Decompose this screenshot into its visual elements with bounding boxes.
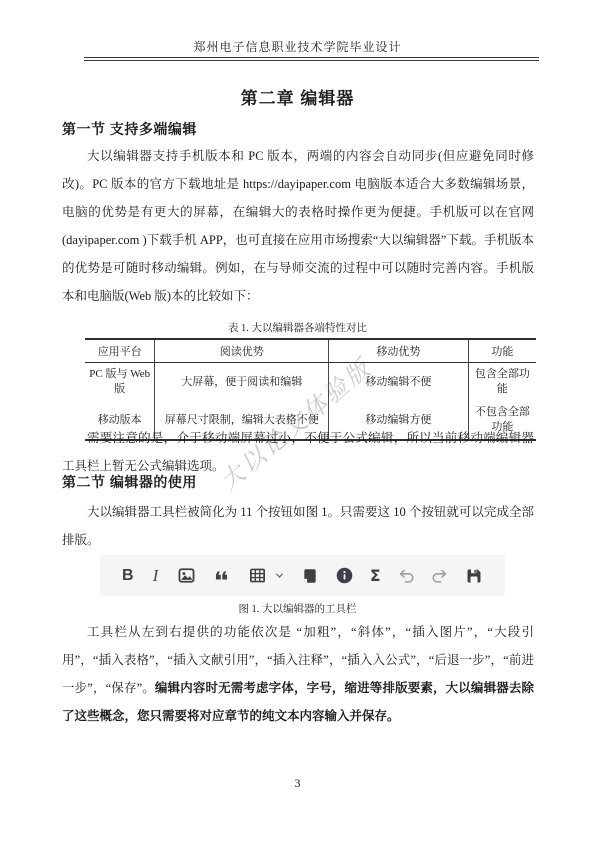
redo-button[interactable] xyxy=(431,555,449,596)
section2-heading: 第二节 编辑器的使用 xyxy=(62,472,197,492)
table-cell: 大屏幕，便于阅读和编辑 xyxy=(155,363,329,402)
save-icon xyxy=(465,567,483,585)
insert-citation-icon xyxy=(301,567,319,585)
annotation-info-icon xyxy=(335,566,354,585)
running-header: 郑州电子信息职业技术学院毕业设计 xyxy=(0,38,595,55)
save-button[interactable] xyxy=(465,555,483,596)
figure-caption: 图 1. 大以编辑器的工具栏 xyxy=(0,601,595,616)
bold-icon: B xyxy=(122,567,134,585)
italic-button[interactable]: I xyxy=(150,555,162,596)
page-number: 3 xyxy=(0,776,595,791)
table-dropdown-chevron-icon xyxy=(274,570,285,581)
section1-heading: 第一节 支持多端编辑 xyxy=(62,119,197,139)
formula-sigma-icon: Σ xyxy=(370,567,381,585)
section2-paragraph2: 工具栏从左到右提供的功能依次是 “加粗”，“斜体”，“插入图片”，“大段引用”，… xyxy=(62,618,534,730)
insert-formula-button[interactable]: Σ xyxy=(370,555,381,596)
table-cell: 包含全部功能 xyxy=(468,363,536,402)
header-double-rule xyxy=(84,57,539,61)
undo-button[interactable] xyxy=(397,555,415,596)
table-cell: PC 版与 Web 版 xyxy=(85,363,155,402)
insert-annotation-button[interactable] xyxy=(335,555,354,596)
redo-icon xyxy=(431,568,449,583)
document-page: 大以论文体验版 郑州电子信息职业技术学院毕业设计 第二章 编辑器 第一节 支持多… xyxy=(0,0,595,842)
section2-paragraph1: 大以编辑器工具栏被简化为 11 个按钮如图 1。只需要这 10 个按钮就可以完成… xyxy=(62,498,534,554)
insert-table-button[interactable] xyxy=(248,555,285,596)
insert-table-icon xyxy=(248,566,267,585)
insert-image-button[interactable] xyxy=(177,555,196,596)
section1-paragraph1: 大以编辑器支持手机版本和 PC 版本，两端的内容会自动同步(但应避免同时修改)。… xyxy=(62,142,534,310)
table-header-cell: 移动优势 xyxy=(329,339,469,363)
insert-citation-button[interactable] xyxy=(301,555,319,596)
italic-icon: I xyxy=(150,566,162,586)
table-header-cell: 应用平台 xyxy=(85,339,155,363)
editor-toolbar-figure: B I xyxy=(100,555,505,596)
blockquote-icon xyxy=(212,566,231,585)
blockquote-button[interactable] xyxy=(212,555,231,596)
table-header-row: 应用平台 阅读优势 移动优势 功能 xyxy=(85,339,536,363)
table-header-cell: 阅读优势 xyxy=(155,339,329,363)
table-caption: 表 1. 大以编辑器各端特性对比 xyxy=(0,320,595,335)
undo-icon xyxy=(397,568,415,583)
table-header-cell: 功能 xyxy=(468,339,536,363)
bold-button[interactable]: B xyxy=(122,555,134,596)
table-row: PC 版与 Web 版 大屏幕，便于阅读和编辑 移动编辑不便 包含全部功能 xyxy=(85,363,536,402)
chapter-title: 第二章 编辑器 xyxy=(0,84,595,109)
table-cell: 移动编辑不便 xyxy=(329,363,469,402)
insert-image-icon xyxy=(177,566,196,585)
